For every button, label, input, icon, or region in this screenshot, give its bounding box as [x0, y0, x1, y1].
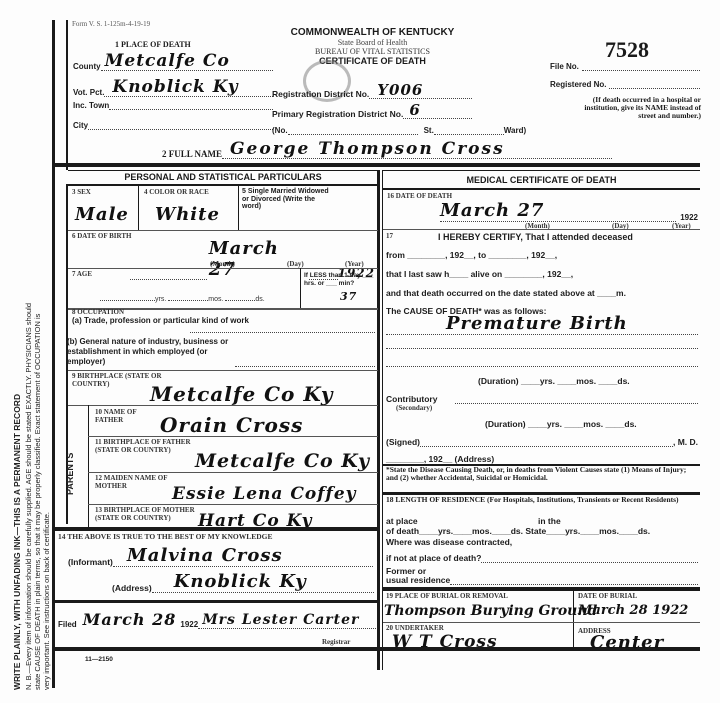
informant-statement: 14 THE ABOVE IS TRUE TO THE BEST OF MY K… [58, 532, 273, 541]
registrar-label: Registrar [322, 638, 350, 646]
less-than-day-label: If LESS than 1 day ___ hrs. or ___ min? [304, 272, 376, 288]
left-inner-border [66, 20, 68, 170]
vot-pct-value: Knoblick Ky [104, 78, 273, 97]
dob-value: March 27 [209, 238, 309, 280]
vot-pct-row: Vot. Pct. Knoblick Ky [73, 78, 273, 97]
county-row: County Metcalfe Co [73, 52, 273, 71]
age-minutes-value: 37 [340, 290, 357, 303]
side-instruction-line2: N. B.—Every item of information should b… [24, 303, 33, 690]
mother-maiden-value: Essie Lena Coffey [172, 484, 357, 504]
race-value: White [155, 204, 220, 225]
full-name-row: 2 FULL NAME George Thompson Cross [162, 140, 612, 159]
informant-address-row: (Address) Knoblick Ky [112, 572, 374, 593]
date-of-death-label: 16 DATE OF DEATH [387, 192, 452, 200]
father-name-label: 10 NAME OF FATHER [95, 408, 155, 424]
certificate-header: COMMONWEALTH OF KENTUCKY State Board of … [280, 27, 465, 66]
disease-contracted-label: Where was disease contracted, [386, 537, 512, 547]
city-row: City [73, 120, 273, 130]
side-instruction-line1: WRITE PLAINLY, WITH UNFADING INK—THIS IS… [12, 394, 22, 690]
attended-from-line: from ________, 192__, to ________, 192__… [386, 250, 698, 260]
marital-status-label: 5 Single Married Widowed or Divorced (Wr… [242, 188, 332, 211]
violent-causes-footnote: *State the Disease Causing Death, or, in… [386, 466, 698, 482]
father-birthplace-value: Metcalfe Co Ky [195, 450, 370, 472]
death-occurred-line: and that death occurred on the date stat… [386, 288, 698, 298]
medical-heading: MEDICAL CERTIFICATE OF DEATH [383, 175, 700, 185]
filed-date-value: March 28 [83, 610, 177, 629]
inc-town-row: Inc. Town [73, 100, 273, 110]
side-instruction-line3: state CAUSE OF DEATH in plain terms, so … [33, 314, 42, 690]
dod-value: March 27 [440, 200, 676, 222]
occupation-label: 8 OCCUPATION [72, 308, 124, 316]
certify-statement: I HEREBY CERTIFY, That I attended deceas… [438, 232, 633, 242]
length-of-residence-label: 18 LENGTH OF RESIDENCE (For Hospitals, I… [386, 496, 698, 505]
registration-district-value: Y006 [369, 82, 472, 99]
hospital-note: (If death occurred in a hospital or inst… [583, 96, 701, 120]
sex-value: Male [75, 204, 129, 225]
certificate-title: CERTIFICATE OF DEATH [280, 56, 465, 66]
parents-section-label: PARENTS [65, 453, 75, 495]
undertaker-value: W T Cross [392, 632, 498, 652]
street-ward-row: (No. St. Ward) [272, 125, 572, 135]
signed-address-line: ________, 192__ (Address) [386, 454, 494, 464]
bureau-title: BUREAU OF VITAL STATISTICS [280, 47, 465, 56]
birthplace-label: 9 BIRTHPLACE (State or country) [72, 372, 162, 388]
informant-address-value: Knoblick Ky [152, 572, 374, 593]
place-of-death-heading: 1 PLACE OF DEATH [115, 40, 191, 49]
occupation-a-label: (a) Trade, profession or particular kind… [72, 316, 272, 326]
signed-row: (Signed) , M. D. [386, 437, 698, 447]
column-divider [377, 170, 380, 670]
informant-row: (Informant) Malvina Cross [68, 546, 373, 567]
form-code: 11—2150 [85, 656, 113, 663]
contributory-label: Contributory [386, 394, 437, 404]
filed-year: 1922 [180, 620, 198, 629]
cause-of-death-value: Premature Birth [386, 313, 698, 335]
birthplace-value: Metcalfe Co Ky [150, 382, 333, 406]
primary-registration-value: 6 [403, 102, 472, 119]
not-at-place-row: if not at place of death? [386, 553, 698, 563]
age-row: yrs. mos. ds. [100, 296, 265, 303]
registration-district-row: Registration District No. Y006 [272, 82, 472, 99]
informant-value: Malvina Cross [113, 546, 373, 567]
race-label: 4 COLOR OR RACE [144, 188, 209, 196]
dod-year: 1922 [680, 213, 698, 222]
father-name-value: Orain Cross [160, 413, 303, 437]
burial-date-value: March 28 1922 [578, 603, 688, 618]
filed-row: Filed March 28 1922 Mrs Lester Carter [58, 610, 376, 629]
left-border [52, 20, 55, 688]
duration-1: (Duration) ____yrs. ____mos. ____ds. [478, 376, 630, 386]
date-of-death-row: March 27 1922 [440, 200, 698, 222]
file-number-stamp: 7528 [605, 37, 649, 63]
burial-place-value: Thompson Burying Ground [384, 603, 597, 619]
occupation-b-label: (b) General nature of industry, business… [67, 337, 237, 367]
file-no-row: File No. [550, 62, 700, 71]
undertaker-label: 20 UNDERTAKER [386, 624, 444, 632]
form-number: Form V. S. 1-125m-4-19-19 [72, 20, 150, 28]
burial-place-label: 19 PLACE OF BURIAL OR REMOVAL [386, 592, 508, 600]
burial-date-label: DATE OF BURIAL [578, 592, 637, 600]
registered-no-row: Registered No. [550, 80, 700, 89]
side-instruction-line4: very important. See instructions on back… [42, 512, 51, 690]
county-value: Metcalfe Co [101, 52, 273, 71]
age-label: 7 AGE [72, 270, 92, 278]
personal-heading: PERSONAL AND STATISTICAL PARTICULARS [68, 172, 378, 182]
board-of-health: State Board of Health [280, 38, 465, 47]
section-divider [55, 163, 700, 167]
duration-2: (Duration) ____yrs. ____mos. ____ds. [485, 419, 637, 429]
sex-label: 3 SEX [72, 188, 91, 196]
undertaker-address-value: Center [590, 632, 664, 653]
father-birthplace-label: 11 BIRTHPLACE OF FATHER (State or countr… [95, 438, 195, 454]
registrar-value: Mrs Lester Carter [198, 612, 376, 629]
full-name-value: George Thompson Cross [222, 140, 612, 159]
residence-duration-line: of death____yrs.____mos.____ds. State___… [386, 526, 698, 536]
usual-residence-row: usual residence [386, 575, 698, 585]
date-of-birth-label: 6 DATE OF BIRTH [72, 232, 131, 240]
commonwealth-title: COMMONWEALTH OF KENTUCKY [280, 27, 465, 38]
last-saw-line: that I last saw h____ alive on ________,… [386, 269, 698, 279]
primary-registration-row: Primary Registration District No. 6 [272, 102, 472, 119]
mother-birthplace-label: 13 BIRTHPLACE OF MOTHER (State or countr… [95, 506, 195, 522]
